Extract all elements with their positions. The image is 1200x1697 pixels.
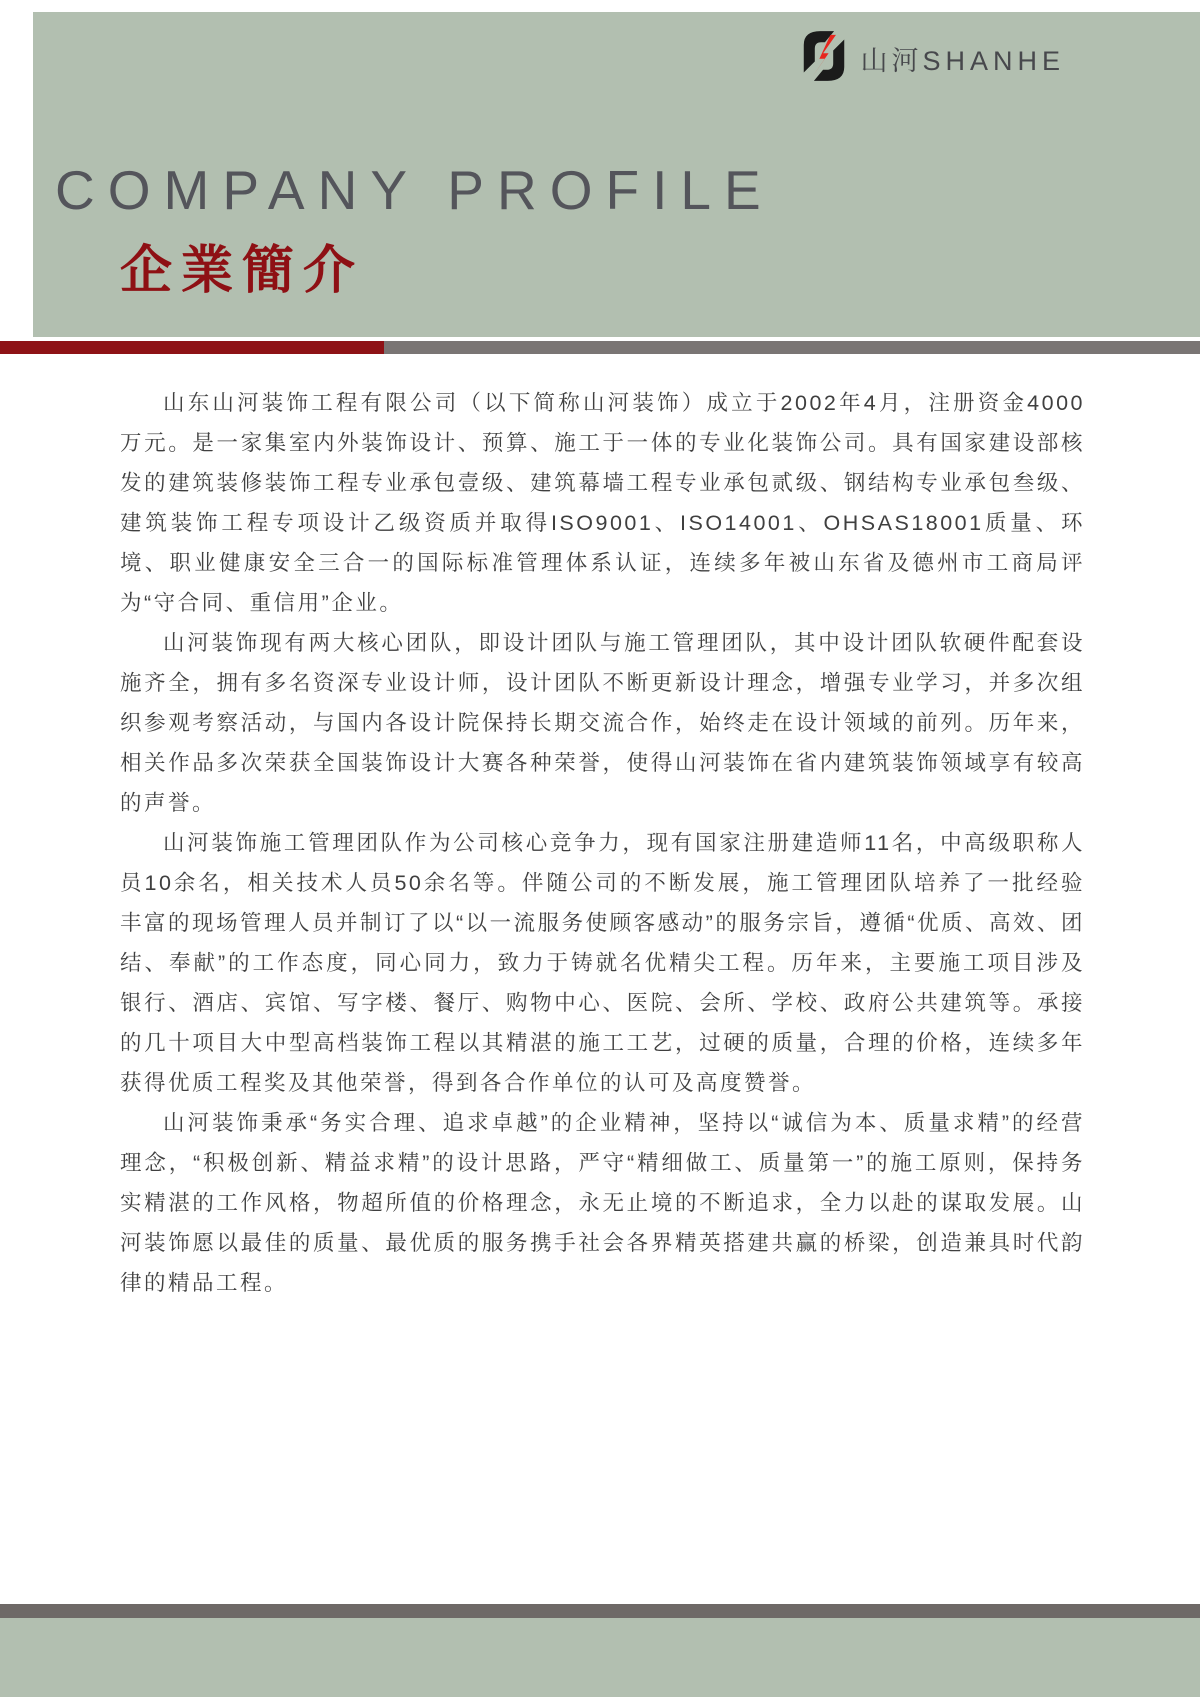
footer-gray-bar xyxy=(0,1604,1200,1618)
company-profile-page: 山河SHANHE COMPANY PROFILE 企業簡介 山东山河装饰工程有限… xyxy=(0,0,1200,1697)
divider-gray-segment xyxy=(384,341,1200,354)
profile-paragraph-4: 山河装饰秉承“务实合理、追求卓越”的企业精神，坚持以“诚信为本、质量求精”的经营… xyxy=(120,1103,1085,1303)
profile-paragraph-3: 山河装饰施工管理团队作为公司核心竞争力，现有国家注册建造师11名，中高级职称人员… xyxy=(120,823,1085,1103)
profile-paragraph-1: 山东山河装饰工程有限公司（以下简称山河装饰）成立于2002年4月，注册资金400… xyxy=(120,383,1085,623)
shanhe-logo-icon xyxy=(801,30,847,87)
logo-text-cn: 山河 xyxy=(860,46,922,76)
divider-bar xyxy=(0,341,1200,354)
logo-text-en: SHANHE xyxy=(922,46,1065,76)
profile-body-text: 山东山河装饰工程有限公司（以下简称山河装饰）成立于2002年4月，注册资金400… xyxy=(120,383,1085,1303)
page-title-chinese: 企業簡介 xyxy=(120,228,364,303)
divider-red-segment xyxy=(0,341,384,354)
footer-green-band xyxy=(0,1618,1200,1697)
company-logo: 山河SHANHE xyxy=(801,30,1065,87)
logo-text: 山河SHANHE xyxy=(860,39,1065,78)
page-title-english: COMPANY PROFILE xyxy=(55,158,774,222)
profile-paragraph-2: 山河装饰现有两大核心团队，即设计团队与施工管理团队，其中设计团队软硬件配套设施齐… xyxy=(120,623,1085,823)
